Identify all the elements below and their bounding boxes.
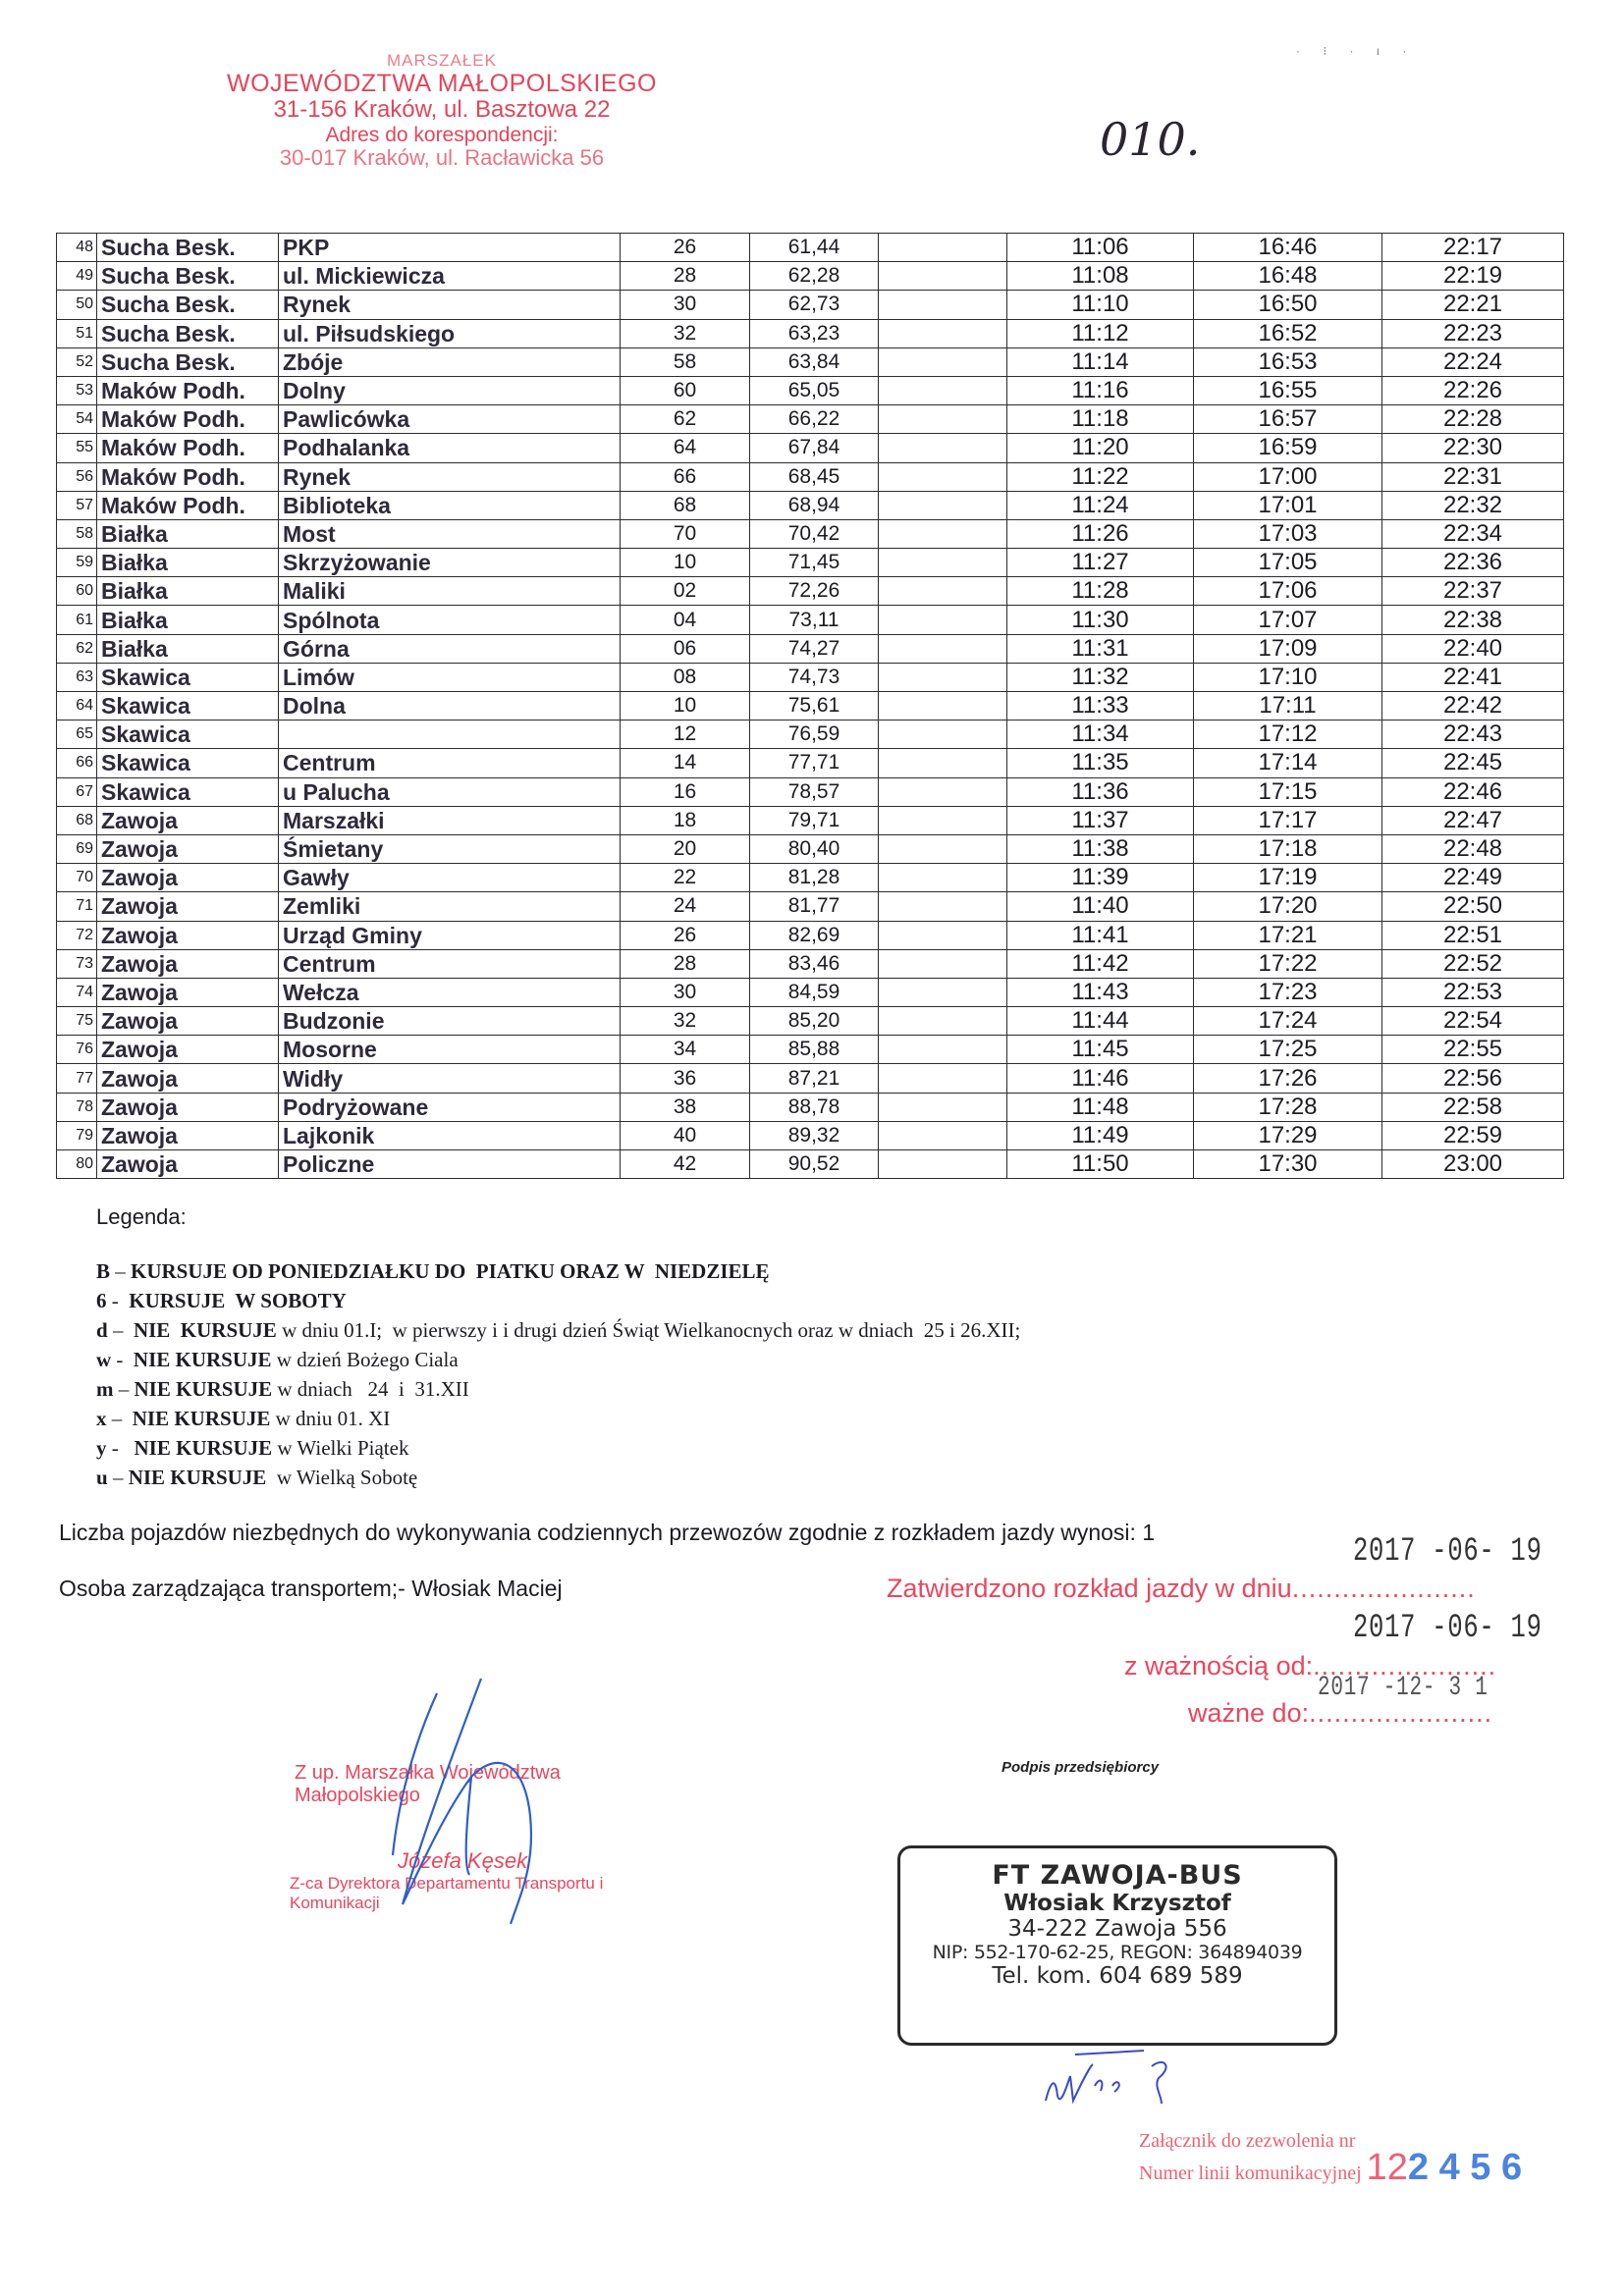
km-segment-cell: 34 — [621, 1036, 750, 1064]
valid-to-dots: ...................... — [1309, 1698, 1492, 1728]
row-number-cell: 63 — [57, 663, 97, 691]
stop-name-cell: Rynek — [279, 291, 621, 319]
departure-course-3-cell: 22:41 — [1382, 663, 1564, 691]
departure-course-2-cell: 16:55 — [1194, 376, 1382, 404]
extra-cell — [879, 376, 1007, 404]
departure-course-1-cell: 11:37 — [1007, 806, 1194, 834]
departure-course-2-cell: 16:52 — [1194, 319, 1382, 347]
km-total-cell: 81,77 — [750, 892, 879, 921]
km-total-cell: 85,88 — [750, 1036, 879, 1064]
stop-name-cell: Widły — [279, 1064, 621, 1093]
stop-name-cell: Wełcza — [279, 978, 621, 1006]
row-number-cell: 56 — [57, 462, 97, 491]
row-number-cell: 67 — [57, 777, 97, 806]
row-number-cell: 78 — [57, 1093, 97, 1121]
legend-main: NIE KURSUJE — [134, 1348, 272, 1371]
km-segment-cell: 60 — [621, 376, 750, 404]
km-segment-cell: 40 — [621, 1121, 750, 1149]
stop-name-cell: Dolny — [279, 376, 621, 404]
legend-main: NIE KURSUJE — [129, 1466, 267, 1489]
town-name-cell: Zawoja — [97, 1064, 279, 1093]
km-total-cell: 78,57 — [750, 777, 879, 806]
legend-code: x — [96, 1407, 107, 1430]
row-number-cell: 51 — [57, 319, 97, 347]
stop-name-cell: Centrum — [279, 749, 621, 777]
town-name-cell: Sucha Besk. — [97, 234, 279, 262]
km-segment-cell: 28 — [621, 262, 750, 291]
extra-cell — [879, 577, 1007, 606]
km-total-cell: 88,78 — [750, 1093, 879, 1121]
departure-course-2-cell: 17:10 — [1194, 663, 1382, 691]
extra-cell — [879, 491, 1007, 519]
extra-cell — [879, 777, 1007, 806]
extra-cell — [879, 721, 1007, 749]
departure-course-1-cell: 11:06 — [1007, 234, 1194, 262]
km-segment-cell: 14 — [621, 749, 750, 777]
town-name-cell: Maków Podh. — [97, 462, 279, 491]
legend-detail: w Wielki Piątek — [272, 1436, 408, 1460]
departure-course-1-cell: 11:10 — [1007, 291, 1194, 319]
annex-number-handwritten: 2 4 5 6 — [1408, 2147, 1522, 2188]
row-number-cell: 49 — [57, 262, 97, 291]
annex-number-printed: 12 — [1367, 2147, 1408, 2188]
departure-course-1-cell: 11:28 — [1007, 577, 1194, 606]
extra-cell — [879, 1036, 1007, 1064]
km-segment-cell: 42 — [621, 1150, 750, 1179]
departure-course-2-cell: 17:03 — [1194, 519, 1382, 548]
extra-cell — [879, 1121, 1007, 1149]
stop-name-cell: Limów — [279, 663, 621, 691]
table-row: 49Sucha Besk.ul. Mickiewicza2862,2811:08… — [57, 262, 1564, 291]
town-name-cell: Zawoja — [97, 978, 279, 1006]
table-row: 58BiałkaMost7070,4211:2617:0322:34 — [57, 519, 1564, 548]
legend-main: NIE KURSUJE — [134, 1318, 277, 1342]
town-name-cell: Maków Podh. — [97, 405, 279, 434]
departure-course-3-cell: 22:55 — [1382, 1036, 1564, 1064]
town-name-cell: Maków Podh. — [97, 491, 279, 519]
table-row: 63SkawicaLimów0874,7311:3217:1022:41 — [57, 663, 1564, 691]
departure-course-3-cell: 22:51 — [1382, 921, 1564, 949]
departure-course-1-cell: 11:46 — [1007, 1064, 1194, 1093]
table-row: 56Maków Podh.Rynek6668,4511:2217:0022:31 — [57, 462, 1564, 491]
km-total-cell: 63,84 — [750, 347, 879, 376]
departure-course-1-cell: 11:50 — [1007, 1150, 1194, 1179]
extra-cell — [879, 834, 1007, 863]
legend-item: d – NIE KURSUJE w dniu 01.I; w pierwszy … — [96, 1315, 1020, 1345]
row-number-cell: 58 — [57, 519, 97, 548]
legend-code: m — [96, 1377, 114, 1401]
departure-course-1-cell: 11:36 — [1007, 777, 1194, 806]
departure-course-1-cell: 11:31 — [1007, 634, 1194, 663]
legend-code: y — [96, 1436, 107, 1460]
company-ids: NIP: 552-170-62-25, REGON: 364894039 — [900, 1942, 1334, 1963]
town-name-cell: Białka — [97, 634, 279, 663]
departure-course-1-cell: 11:32 — [1007, 663, 1194, 691]
departure-course-3-cell: 22:37 — [1382, 577, 1564, 606]
approved-date: 2017 -06- 19 — [1353, 1533, 1543, 1571]
extra-cell — [879, 462, 1007, 491]
departure-course-1-cell: 11:35 — [1007, 749, 1194, 777]
extra-cell — [879, 606, 1007, 634]
km-total-cell: 82,69 — [750, 921, 879, 949]
extra-cell — [879, 978, 1007, 1006]
extra-cell — [879, 1064, 1007, 1093]
km-segment-cell: 62 — [621, 405, 750, 434]
extra-cell — [879, 347, 1007, 376]
extra-cell — [879, 864, 1007, 892]
row-number-cell: 70 — [57, 864, 97, 892]
town-name-cell: Zawoja — [97, 1007, 279, 1036]
transport-manager-text: Osoba zarządzająca transportem;- Włosiak… — [59, 1575, 563, 1602]
departure-course-2-cell: 17:26 — [1194, 1064, 1382, 1093]
valid-to-line: ważne do:...................... — [1188, 1698, 1492, 1729]
km-total-cell: 74,27 — [750, 634, 879, 663]
km-total-cell: 71,45 — [750, 549, 879, 577]
stop-name-cell: Zemliki — [279, 892, 621, 921]
departure-course-1-cell: 11:38 — [1007, 834, 1194, 863]
departure-course-2-cell: 17:25 — [1194, 1036, 1382, 1064]
departure-course-1-cell: 11:44 — [1007, 1007, 1194, 1036]
departure-course-3-cell: 22:40 — [1382, 634, 1564, 663]
valid-to-label: ważne do: — [1188, 1698, 1309, 1728]
departure-course-3-cell: 22:48 — [1382, 834, 1564, 863]
stop-name-cell — [279, 721, 621, 749]
town-name-cell: Zawoja — [97, 1150, 279, 1179]
town-name-cell: Zawoja — [97, 806, 279, 834]
town-name-cell: Sucha Besk. — [97, 291, 279, 319]
row-number-cell: 79 — [57, 1121, 97, 1149]
stop-name-cell: Biblioteka — [279, 491, 621, 519]
legend-item: y - NIE KURSUJE w Wielki Piątek — [96, 1433, 1020, 1463]
entrepreneur-signature-label: Podpis przedsiębiorcy — [1001, 1759, 1159, 1776]
extra-cell — [879, 519, 1007, 548]
row-number-cell: 76 — [57, 1036, 97, 1064]
km-total-cell: 85,20 — [750, 1007, 879, 1036]
table-row: 57Maków Podh.Biblioteka6868,9411:2417:01… — [57, 491, 1564, 519]
extra-cell — [879, 692, 1007, 721]
departure-course-1-cell: 11:49 — [1007, 1121, 1194, 1149]
extra-cell — [879, 806, 1007, 834]
departure-course-3-cell: 22:17 — [1382, 234, 1564, 262]
row-number-cell: 59 — [57, 549, 97, 577]
legend-detail: w dniu 01.I; w pierwszy i i drugi dzień … — [277, 1318, 1021, 1342]
departure-course-2-cell: 17:17 — [1194, 806, 1382, 834]
legend-code: 6 — [96, 1289, 107, 1312]
legend-item: 6 - KURSUJE W SOBOTY — [96, 1286, 1020, 1315]
departure-course-3-cell: 22:28 — [1382, 405, 1564, 434]
table-row: 62BiałkaGórna0674,2711:3117:0922:40 — [57, 634, 1564, 663]
departure-course-3-cell: 22:19 — [1382, 262, 1564, 291]
town-name-cell: Skawica — [97, 721, 279, 749]
row-number-cell: 57 — [57, 491, 97, 519]
departure-course-2-cell: 17:14 — [1194, 749, 1382, 777]
departure-course-3-cell: 22:47 — [1382, 806, 1564, 834]
departure-course-3-cell: 23:00 — [1382, 1150, 1564, 1179]
table-row: 69ZawojaŚmietany2080,4011:3817:1822:48 — [57, 834, 1564, 863]
row-number-cell: 74 — [57, 978, 97, 1006]
town-name-cell: Sucha Besk. — [97, 347, 279, 376]
km-segment-cell: 20 — [621, 834, 750, 863]
departure-course-1-cell: 11:34 — [1007, 721, 1194, 749]
departure-course-2-cell: 17:29 — [1194, 1121, 1382, 1149]
departure-course-3-cell: 22:24 — [1382, 347, 1564, 376]
km-total-cell: 76,59 — [750, 721, 879, 749]
departure-course-1-cell: 11:41 — [1007, 921, 1194, 949]
table-row: 59BiałkaSkrzyżowanie1071,4511:2717:0522:… — [57, 549, 1564, 577]
legend-main: KURSUJE OD PONIEDZIAŁKU DO PIATKU ORAZ W… — [131, 1259, 770, 1283]
row-number-cell: 73 — [57, 949, 97, 978]
departure-course-2-cell: 17:07 — [1194, 606, 1382, 634]
departure-course-1-cell: 11:30 — [1007, 606, 1194, 634]
legend-item: m – NIE KURSUJE w dniach 24 i 31.XII — [96, 1374, 1020, 1404]
legend-title: Legenda: — [96, 1204, 187, 1230]
row-number-cell: 72 — [57, 921, 97, 949]
departure-course-2-cell: 17:01 — [1194, 491, 1382, 519]
town-name-cell: Skawica — [97, 692, 279, 721]
departure-course-1-cell: 11:26 — [1007, 519, 1194, 548]
row-number-cell: 68 — [57, 806, 97, 834]
row-number-cell: 54 — [57, 405, 97, 434]
departure-course-2-cell: 17:30 — [1194, 1150, 1382, 1179]
km-total-cell: 62,73 — [750, 291, 879, 319]
departure-course-2-cell: 17:00 — [1194, 462, 1382, 491]
legend-separator: - — [107, 1436, 135, 1460]
handwritten-page-mark: 010. — [1100, 113, 1200, 166]
table-row: 61BiałkaSpólnota0473,1111:3017:0722:38 — [57, 606, 1564, 634]
km-total-cell: 89,32 — [750, 1121, 879, 1149]
table-row: 74ZawojaWełcza3084,5911:4317:2322:53 — [57, 978, 1564, 1006]
stop-name-cell: Lajkonik — [279, 1121, 621, 1149]
km-segment-cell: 66 — [621, 462, 750, 491]
departure-course-3-cell: 22:36 — [1382, 549, 1564, 577]
row-number-cell: 53 — [57, 376, 97, 404]
town-name-cell: Zawoja — [97, 1036, 279, 1064]
town-name-cell: Maków Podh. — [97, 434, 279, 462]
town-name-cell: Zawoja — [97, 949, 279, 978]
row-number-cell: 71 — [57, 892, 97, 921]
stop-name-cell: Budzonie — [279, 1007, 621, 1036]
legend-separator: – — [114, 1377, 135, 1401]
departure-course-3-cell: 22:56 — [1382, 1064, 1564, 1093]
annex-line-number: Numer linii komunikacyjnej 122 4 5 6 — [1139, 2155, 1522, 2187]
legend-detail: w dniu 01. XI — [270, 1407, 390, 1430]
km-total-cell: 79,71 — [750, 806, 879, 834]
town-name-cell: Białka — [97, 577, 279, 606]
departure-course-3-cell: 22:42 — [1382, 692, 1564, 721]
table-row: 48Sucha Besk.PKP2661,4411:0616:4622:17 — [57, 234, 1564, 262]
office-stamp-correspondence-label: Adres do korespondencji: — [211, 124, 673, 147]
km-total-cell: 72,26 — [750, 577, 879, 606]
table-row: 55Maków Podh.Podhalanka6467,8411:2016:59… — [57, 434, 1564, 462]
km-segment-cell: 02 — [621, 577, 750, 606]
stop-name-cell: Centrum — [279, 949, 621, 978]
departure-course-3-cell: 22:45 — [1382, 749, 1564, 777]
legend-code: d — [96, 1318, 108, 1342]
departure-course-2-cell: 16:50 — [1194, 291, 1382, 319]
departure-course-3-cell: 22:32 — [1382, 491, 1564, 519]
departure-course-1-cell: 11:33 — [1007, 692, 1194, 721]
table-row: 50Sucha Besk.Rynek3062,7311:1016:5022:21 — [57, 291, 1564, 319]
town-name-cell: Maków Podh. — [97, 376, 279, 404]
annex-line-label: Numer linii komunikacyjnej — [1139, 2163, 1362, 2184]
departure-course-1-cell: 11:43 — [1007, 978, 1194, 1006]
departure-course-1-cell: 11:24 — [1007, 491, 1194, 519]
legend-code: B — [96, 1259, 110, 1283]
legend-code: u — [96, 1466, 108, 1489]
departure-course-3-cell: 22:30 — [1382, 434, 1564, 462]
town-name-cell: Zawoja — [97, 921, 279, 949]
departure-course-1-cell: 11:14 — [1007, 347, 1194, 376]
office-stamp-office: WOJEWÓDZTWA MAŁOPOLSKIEGO — [211, 70, 673, 97]
km-segment-cell: 24 — [621, 892, 750, 921]
departure-course-1-cell: 11:27 — [1007, 549, 1194, 577]
row-number-cell: 61 — [57, 606, 97, 634]
departure-course-2-cell: 17:23 — [1194, 978, 1382, 1006]
office-stamp-correspondence-address: 30-017 Kraków, ul. Racławicka 56 — [211, 146, 673, 171]
legend-code: w — [96, 1348, 111, 1371]
town-name-cell: Skawica — [97, 777, 279, 806]
table-row: 66SkawicaCentrum1477,7111:3517:1422:45 — [57, 749, 1564, 777]
row-number-cell: 55 — [57, 434, 97, 462]
departure-course-2-cell: 17:06 — [1194, 577, 1382, 606]
stop-name-cell: Urząd Gminy — [279, 921, 621, 949]
table-row: 52Sucha Besk.Zbóje5863,8411:1416:5322:24 — [57, 347, 1564, 376]
table-row: 80ZawojaPoliczne4290,5211:5017:3023:00 — [57, 1150, 1564, 1179]
company-address: 34-222 Zawoja 556 — [900, 1916, 1334, 1942]
departure-course-1-cell: 11:48 — [1007, 1093, 1194, 1121]
table-row: 64SkawicaDolna1075,6111:3317:1122:42 — [57, 692, 1564, 721]
table-row: 65Skawica1276,5911:3417:1222:43 — [57, 721, 1564, 749]
km-total-cell: 81,28 — [750, 864, 879, 892]
legend-item: w - NIE KURSUJE w dzień Bożego Ciala — [96, 1345, 1020, 1374]
departure-course-1-cell: 11:12 — [1007, 319, 1194, 347]
departure-course-1-cell: 11:42 — [1007, 949, 1194, 978]
vehicles-count-text: Liczba pojazdów niezbędnych do wykonywan… — [59, 1520, 1155, 1546]
extra-cell — [879, 949, 1007, 978]
departure-course-3-cell: 22:50 — [1382, 892, 1564, 921]
table-row: 60BiałkaMaliki0272,2611:2817:0622:37 — [57, 577, 1564, 606]
departure-course-2-cell: 17:05 — [1194, 549, 1382, 577]
departure-course-2-cell: 17:15 — [1194, 777, 1382, 806]
departure-course-2-cell: 16:48 — [1194, 262, 1382, 291]
departure-course-2-cell: 16:46 — [1194, 234, 1382, 262]
stop-name-cell: Gawły — [279, 864, 621, 892]
timetable: 48Sucha Besk.PKP2661,4411:0616:4622:1749… — [56, 233, 1564, 1179]
km-segment-cell: 28 — [621, 949, 750, 978]
table-row: 51Sucha Besk.ul. Piłsudskiego3263,2311:1… — [57, 319, 1564, 347]
departure-course-3-cell: 22:49 — [1382, 864, 1564, 892]
km-total-cell: 75,61 — [750, 692, 879, 721]
legend-detail: w dniach 24 i 31.XII — [272, 1377, 469, 1401]
km-segment-cell: 30 — [621, 291, 750, 319]
extra-cell — [879, 1093, 1007, 1121]
km-segment-cell: 04 — [621, 606, 750, 634]
km-segment-cell: 32 — [621, 1007, 750, 1036]
km-segment-cell: 06 — [621, 634, 750, 663]
stop-name-cell: u Palucha — [279, 777, 621, 806]
town-name-cell: Zawoja — [97, 1121, 279, 1149]
extra-cell — [879, 634, 1007, 663]
town-name-cell: Białka — [97, 549, 279, 577]
extra-cell — [879, 319, 1007, 347]
km-total-cell: 74,73 — [750, 663, 879, 691]
approved-dots: ...................... — [1292, 1574, 1476, 1603]
company-owner: Włosiak Krzysztof — [900, 1891, 1334, 1916]
row-number-cell: 62 — [57, 634, 97, 663]
departure-course-3-cell: 22:46 — [1382, 777, 1564, 806]
departure-course-1-cell: 11:40 — [1007, 892, 1194, 921]
departure-course-1-cell: 11:39 — [1007, 864, 1194, 892]
departure-course-1-cell: 11:16 — [1007, 376, 1194, 404]
km-total-cell: 84,59 — [750, 978, 879, 1006]
row-number-cell: 75 — [57, 1007, 97, 1036]
extra-cell — [879, 1007, 1007, 1036]
km-total-cell: 83,46 — [750, 949, 879, 978]
row-number-cell: 60 — [57, 577, 97, 606]
departure-course-1-cell: 11:45 — [1007, 1036, 1194, 1064]
departure-course-3-cell: 22:26 — [1382, 376, 1564, 404]
km-segment-cell: 10 — [621, 692, 750, 721]
departure-course-2-cell: 17:28 — [1194, 1093, 1382, 1121]
stop-name-cell: Rynek — [279, 462, 621, 491]
town-name-cell: Białka — [97, 519, 279, 548]
stop-name-cell: Dolna — [279, 692, 621, 721]
departure-course-2-cell: 17:09 — [1194, 634, 1382, 663]
row-number-cell: 52 — [57, 347, 97, 376]
km-segment-cell: 16 — [621, 777, 750, 806]
km-total-cell: 66,22 — [750, 405, 879, 434]
extra-cell — [879, 405, 1007, 434]
extra-cell — [879, 291, 1007, 319]
stop-name-cell: Zbóje — [279, 347, 621, 376]
extra-cell — [879, 549, 1007, 577]
km-segment-cell: 18 — [621, 806, 750, 834]
departure-course-3-cell: 22:34 — [1382, 519, 1564, 548]
table-row: 76ZawojaMosorne3485,8811:4517:2522:55 — [57, 1036, 1564, 1064]
km-total-cell: 63,23 — [750, 319, 879, 347]
departure-course-2-cell: 17:22 — [1194, 949, 1382, 978]
legend-main: NIE KURSUJE — [135, 1436, 273, 1460]
annex-stamp: Załącznik do zezwolenia nr Numer linii k… — [1139, 2128, 1522, 2187]
legend-main: NIE KURSUJE — [135, 1377, 273, 1401]
km-segment-cell: 26 — [621, 921, 750, 949]
row-number-cell: 69 — [57, 834, 97, 863]
stop-name-cell: Policzne — [279, 1150, 621, 1179]
legend-separator: – — [108, 1318, 134, 1342]
extra-cell — [879, 1150, 1007, 1179]
km-segment-cell: 12 — [621, 721, 750, 749]
office-stamp-address: 31-156 Kraków, ul. Basztowa 22 — [211, 97, 673, 124]
legend-separator: – — [107, 1407, 133, 1430]
departure-course-2-cell: 17:11 — [1194, 692, 1382, 721]
departure-course-2-cell: 17:21 — [1194, 921, 1382, 949]
km-segment-cell: 26 — [621, 234, 750, 262]
departure-course-3-cell: 22:38 — [1382, 606, 1564, 634]
approved-line: Zatwierdzono rozkład jazdy w dniu.......… — [887, 1574, 1476, 1604]
town-name-cell: Zawoja — [97, 1093, 279, 1121]
km-total-cell: 70,42 — [750, 519, 879, 548]
departure-course-1-cell: 11:20 — [1007, 434, 1194, 462]
km-segment-cell: 58 — [621, 347, 750, 376]
extra-cell — [879, 749, 1007, 777]
legend-item: B – KURSUJE OD PONIEDZIAŁKU DO PIATKU OR… — [96, 1256, 1020, 1286]
row-number-cell: 64 — [57, 692, 97, 721]
town-name-cell: Zawoja — [97, 834, 279, 863]
km-segment-cell: 22 — [621, 864, 750, 892]
row-number-cell: 65 — [57, 721, 97, 749]
scan-artifacts: · ⁝ · ı · — [1296, 44, 1416, 58]
table-row: 75ZawojaBudzonie3285,2011:4417:2422:54 — [57, 1007, 1564, 1036]
